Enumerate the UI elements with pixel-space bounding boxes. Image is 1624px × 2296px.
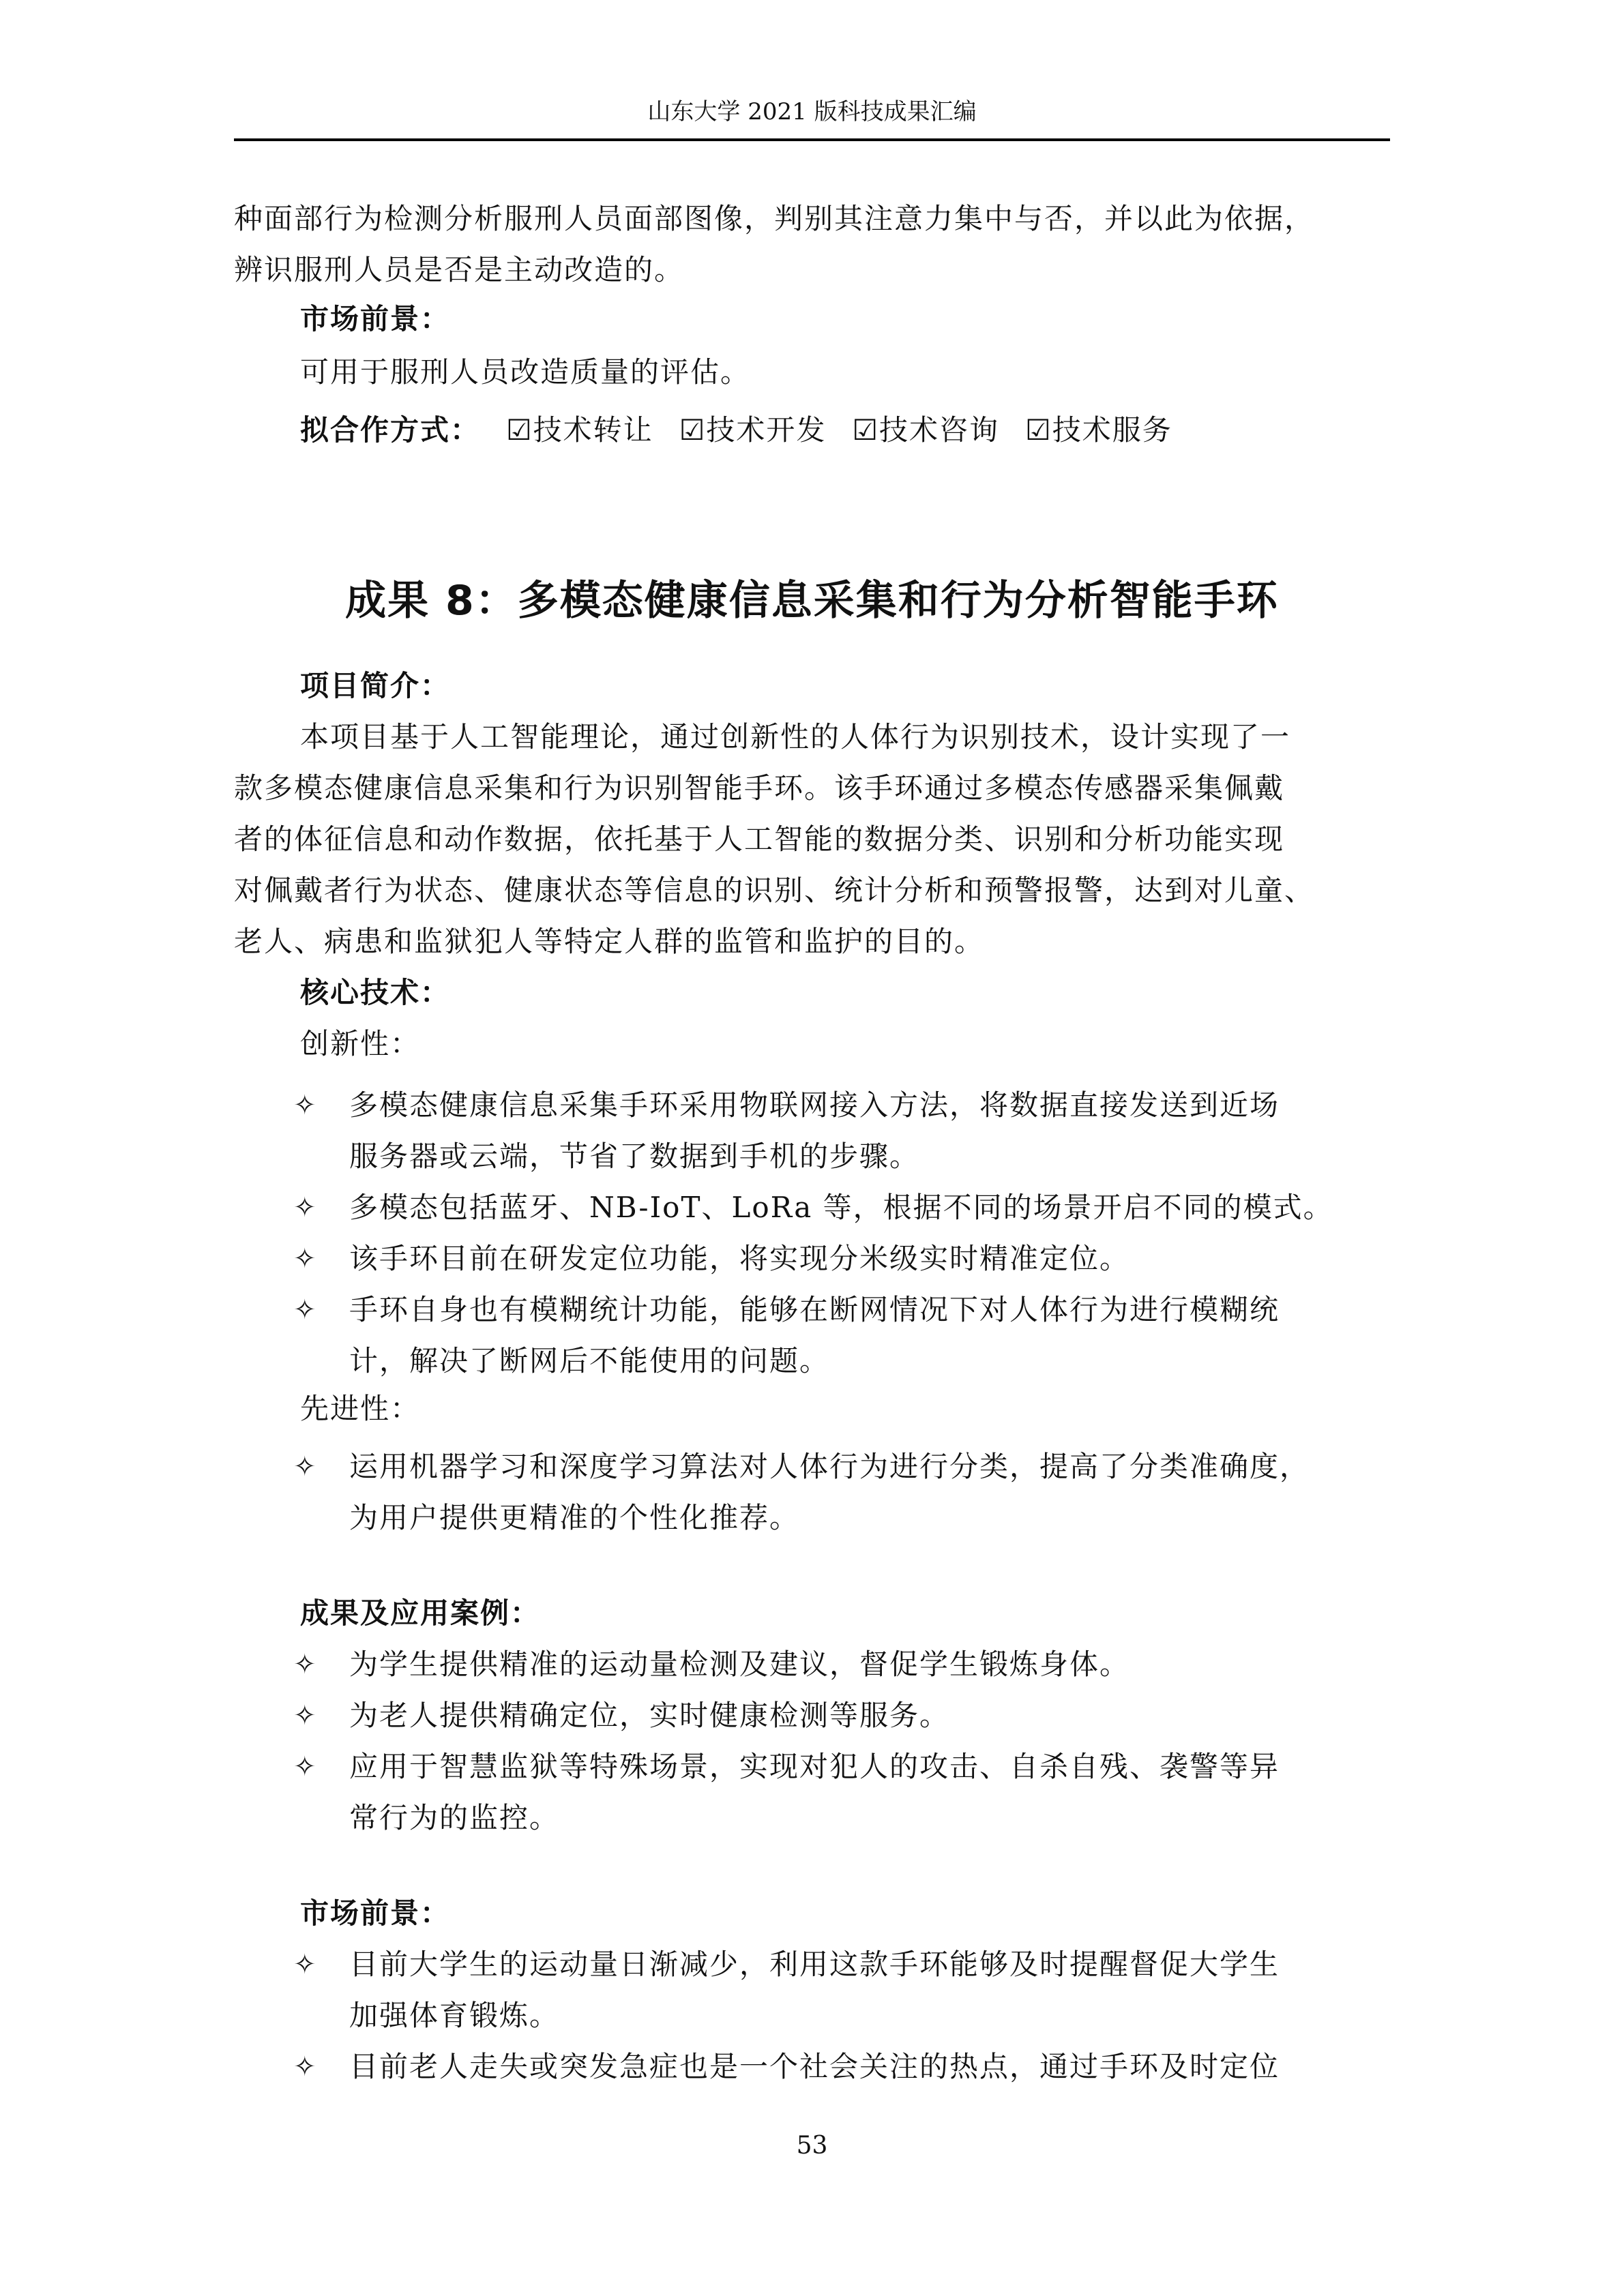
cooperation-label: 拟合作方式：	[300, 413, 480, 447]
intro-line: 款多模态健康信息采集和行为识别智能手环。该手环通过多模态传感器采集佩戴	[234, 769, 1284, 807]
page-number: 53	[0, 2131, 1624, 2161]
checkbox-checked-icon: ☑	[679, 411, 707, 449]
cooperation-option: ☑技术转让	[506, 413, 653, 447]
diamond-bullet-icon: ✧	[293, 1448, 316, 1486]
cooperation-option: ☑技术开发	[679, 413, 827, 447]
diamond-bullet-icon: ✧	[293, 1748, 316, 1786]
cooperation-option: ☑技术服务	[1025, 413, 1172, 447]
diamond-bullet-icon: ✧	[293, 2048, 316, 2086]
advanced-label: 先进性：	[300, 1390, 420, 1428]
market-heading: 市场前景：	[300, 1894, 450, 1933]
bullet-text: 加强体育锻炼。	[349, 1997, 559, 2035]
market-heading-prev: 市场前景：	[300, 300, 450, 338]
intro-line: 本项目基于人工智能理论，通过创新性的人体行为识别技术，设计实现了一	[300, 718, 1290, 756]
bullet-text: 目前大学生的运动量日渐减少，利用这款手环能够及时提醒督促大学生	[349, 1945, 1280, 1984]
bullet-text: 多模态包括蓝牙、NB-IoT、LoRa 等，根据不同的场景开启不同的模式。	[349, 1189, 1333, 1227]
diamond-bullet-icon: ✧	[293, 1240, 316, 1278]
diamond-bullet-icon: ✧	[293, 1697, 316, 1735]
diamond-bullet-icon: ✧	[293, 1645, 316, 1684]
intro-line: 老人、病患和监狱犯人等特定人群的监管和监护的目的。	[234, 923, 984, 961]
bullet-text: 为用户提供更精准的个性化推荐。	[349, 1499, 799, 1537]
bullet-text: 服务器或云端，节省了数据到手机的步骤。	[349, 1137, 919, 1176]
market-text-prev: 可用于服刑人员改造质量的评估。	[300, 353, 750, 391]
checkbox-checked-icon: ☑	[852, 411, 879, 449]
checkbox-checked-icon: ☑	[506, 411, 533, 449]
intro-line: 对佩戴者行为状态、健康状态等信息的识别、统计分析和预警报警，达到对儿童、	[234, 871, 1314, 910]
header-divider	[234, 138, 1390, 141]
bullet-text: 常行为的监控。	[349, 1799, 559, 1837]
body-line: 辨识服刑人员是否是主动改造的。	[234, 251, 684, 289]
bullet-text: 手环自身也有模糊统计功能，能够在断网情况下对人体行为进行模糊统	[349, 1291, 1280, 1329]
innovation-label: 创新性：	[300, 1025, 420, 1063]
running-header: 山东大学 2021 版科技成果汇编	[0, 95, 1624, 128]
bullet-text: 为老人提供精确定位，实时健康检测等服务。	[349, 1697, 949, 1735]
bullet-text: 运用机器学习和深度学习算法对人体行为进行分类，提高了分类准确度，	[349, 1448, 1310, 1486]
bullet-text: 多模态健康信息采集手环采用物联网接入方法，将数据直接发送到近场	[349, 1086, 1280, 1124]
intro-heading: 项目简介：	[300, 667, 450, 705]
cooperation-row: 拟合作方式：☑技术转让☑技术开发☑技术咨询☑技术服务	[300, 411, 1172, 449]
core-tech-heading: 核心技术：	[300, 974, 450, 1012]
cooperation-option: ☑技术咨询	[852, 413, 999, 447]
body-line: 种面部行为检测分析服刑人员面部图像，判别其注意力集中与否，并以此为依据，	[234, 200, 1314, 238]
diamond-bullet-icon: ✧	[293, 1291, 316, 1329]
diamond-bullet-icon: ✧	[293, 1189, 316, 1227]
section-title: 成果 8：多模态健康信息采集和行为分析智能手环	[0, 576, 1624, 625]
bullet-text: 应用于智慧监狱等特殊场景，实现对犯人的攻击、自杀自残、袭警等异	[349, 1748, 1280, 1786]
bullet-text: 为学生提供精准的运动量检测及建议，督促学生锻炼身体。	[349, 1645, 1130, 1684]
checkbox-checked-icon: ☑	[1025, 411, 1052, 449]
bullet-text: 该手环目前在研发定位功能，将实现分米级实时精准定位。	[349, 1240, 1130, 1278]
diamond-bullet-icon: ✧	[293, 1086, 316, 1124]
bullet-text: 目前老人走失或突发急症也是一个社会关注的热点，通过手环及时定位	[349, 2048, 1280, 2086]
diamond-bullet-icon: ✧	[293, 1945, 316, 1984]
intro-line: 者的体征信息和动作数据，依托基于人工智能的数据分类、识别和分析功能实现	[234, 820, 1284, 859]
cases-heading: 成果及应用案例：	[300, 1594, 540, 1632]
bullet-text: 计，解决了断网后不能使用的问题。	[349, 1342, 829, 1380]
